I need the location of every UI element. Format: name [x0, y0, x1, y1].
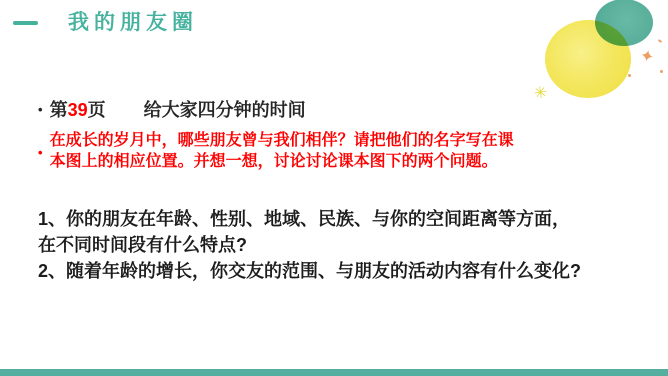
orange-dot-icon [660, 70, 663, 73]
yellow-sparkle-icon: ✳ [533, 85, 549, 103]
time-instruction: 给大家四分钟的时间 [144, 97, 306, 123]
slide-header: 我的朋友圈 [13, 8, 198, 38]
footer-accent-bar [0, 369, 668, 376]
watercolor-decoration: ✦ ✳ [508, 0, 668, 130]
orange-dot-icon [658, 39, 662, 43]
yellow-watercolor-circle-icon [545, 20, 631, 98]
page-number: 39 [68, 97, 88, 123]
page-prefix: 第 [50, 97, 68, 123]
bullet-dot-icon: • [38, 97, 43, 123]
discussion-questions: 1、你的朋友在年龄、性别、地域、民族、与你的空间距离等方面， 在不同时间段有什么… [38, 206, 581, 284]
page-time-line: • 第 39 页 给大家四分钟的时间 [38, 97, 306, 123]
page-suffix: 页 [88, 97, 106, 123]
bullet-dot-icon: • [38, 145, 43, 160]
orange-dot-icon [628, 74, 631, 77]
teal-watercolor-circle-icon [595, 0, 653, 46]
page-title: 我的朋友圈 [68, 8, 198, 38]
presentation-slide: 我的朋友圈 ✦ ✳ • 第 39 页 给大家四分钟的时间 • 在成长的岁月中，哪… [0, 0, 668, 376]
task-line: 本图上的相应位置。并想一想，讨论讨论课本图下的两个问题。 [50, 151, 514, 172]
question-1-line: 在不同时间段有什么特点? [38, 232, 581, 258]
question-1-line: 1、你的朋友在年龄、性别、地域、民族、与你的空间距离等方面， [38, 206, 581, 232]
task-instruction: • 在成长的岁月中，哪些朋友曾与我们相伴？请把他们的名字写在课 本图上的相应位置… [38, 130, 514, 172]
title-dash-icon [13, 21, 38, 25]
orange-sparkle-icon: ✦ [638, 47, 655, 67]
question-2-line: 2、随着年龄的增长，你交友的范围、与朋友的活动内容有什么变化? [38, 258, 581, 284]
task-line: 在成长的岁月中，哪些朋友曾与我们相伴？请把他们的名字写在课 [50, 130, 514, 151]
